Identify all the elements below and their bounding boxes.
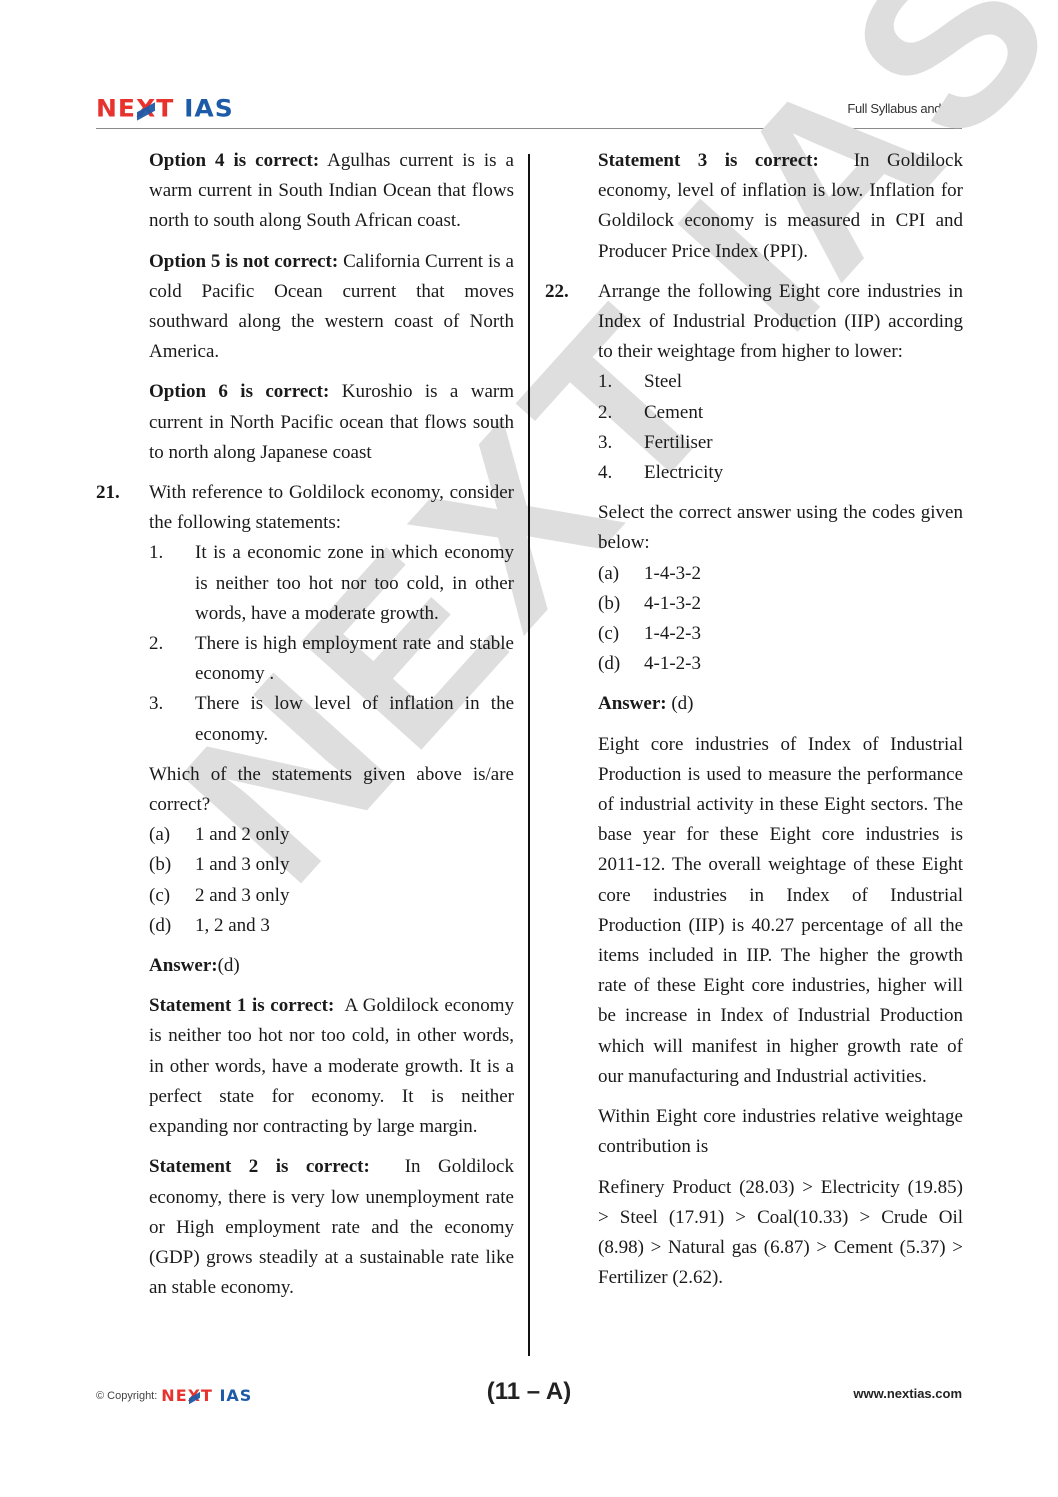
answer: Answer:(d): [149, 951, 514, 981]
column-divider: [528, 154, 530, 1356]
answer: Answer: (d): [598, 689, 963, 719]
statement-3-explanation: Statement 3 is correct: In Goldilock eco…: [598, 146, 963, 267]
weightage-list: Refinery Product (28.03) > Electricity (…: [598, 1173, 963, 1294]
answer-option: (c)1-4-2-3: [598, 619, 963, 649]
answer-option: (d)1, 2 and 3: [149, 911, 514, 941]
left-column: Option 4 is correct: Agulhas current is …: [96, 146, 514, 1313]
statement-item: 2.There is high employment rate and stab…: [149, 629, 514, 689]
question-stem: Arrange the following Eight core industr…: [598, 277, 963, 368]
header-divider: [96, 128, 962, 129]
answer-option: (b)4-1-3-2: [598, 589, 963, 619]
statement-item: 3.There is low level of inflation in the…: [149, 689, 514, 749]
statement-1-explanation: Statement 1 is correct: A Goldilock econ…: [149, 991, 514, 1142]
industry-item: 2.Cement: [598, 398, 963, 428]
question-number: 21.: [96, 478, 149, 538]
answer-option: (a)1-4-3-2: [598, 559, 963, 589]
answer-option: (c)2 and 3 only: [149, 881, 514, 911]
answer-option: (b)1 and 3 only: [149, 850, 514, 880]
question-21: 21. With reference to Goldilock economy,…: [96, 478, 514, 538]
answer-option: (d)4-1-2-3: [598, 649, 963, 679]
explanation-paragraph: Within Eight core industries relative we…: [598, 1102, 963, 1162]
industry-item: 1.Steel: [598, 367, 963, 397]
statement-item: 1.It is a economic zone in which economy…: [149, 538, 514, 629]
industry-item: 4.Electricity: [598, 458, 963, 488]
option-6-explanation: Option 6 is correct: Kuroshio is a warm …: [149, 377, 514, 468]
option-4-explanation: Option 4 is correct: Agulhas current is …: [149, 146, 514, 237]
explanation-paragraph: Eight core industries of Index of Indust…: [598, 730, 963, 1092]
logo-x-mark: X: [136, 95, 156, 123]
question-number: 22.: [545, 277, 598, 368]
industry-item: 3.Fertiliser: [598, 428, 963, 458]
header-tagline: Full Syllabus and CA: [847, 101, 962, 116]
question-22: 22. Arrange the following Eight core ind…: [545, 277, 963, 368]
website-link[interactable]: www.nextias.com: [853, 1386, 962, 1401]
statement-2-explanation: Statement 2 is correct: In Goldilock eco…: [149, 1152, 514, 1303]
question-prompt: Which of the statements given above is/a…: [149, 760, 514, 820]
option-5-explanation: Option 5 is not correct: California Curr…: [149, 247, 514, 368]
question-instruction: Select the correct answer using the code…: [598, 498, 963, 558]
question-stem: With reference to Goldilock economy, con…: [149, 478, 514, 538]
next-ias-logo: NEXT IAS: [96, 95, 234, 123]
right-column: Statement 3 is correct: In Goldilock eco…: [545, 146, 963, 1303]
answer-option: (a)1 and 2 only: [149, 820, 514, 850]
